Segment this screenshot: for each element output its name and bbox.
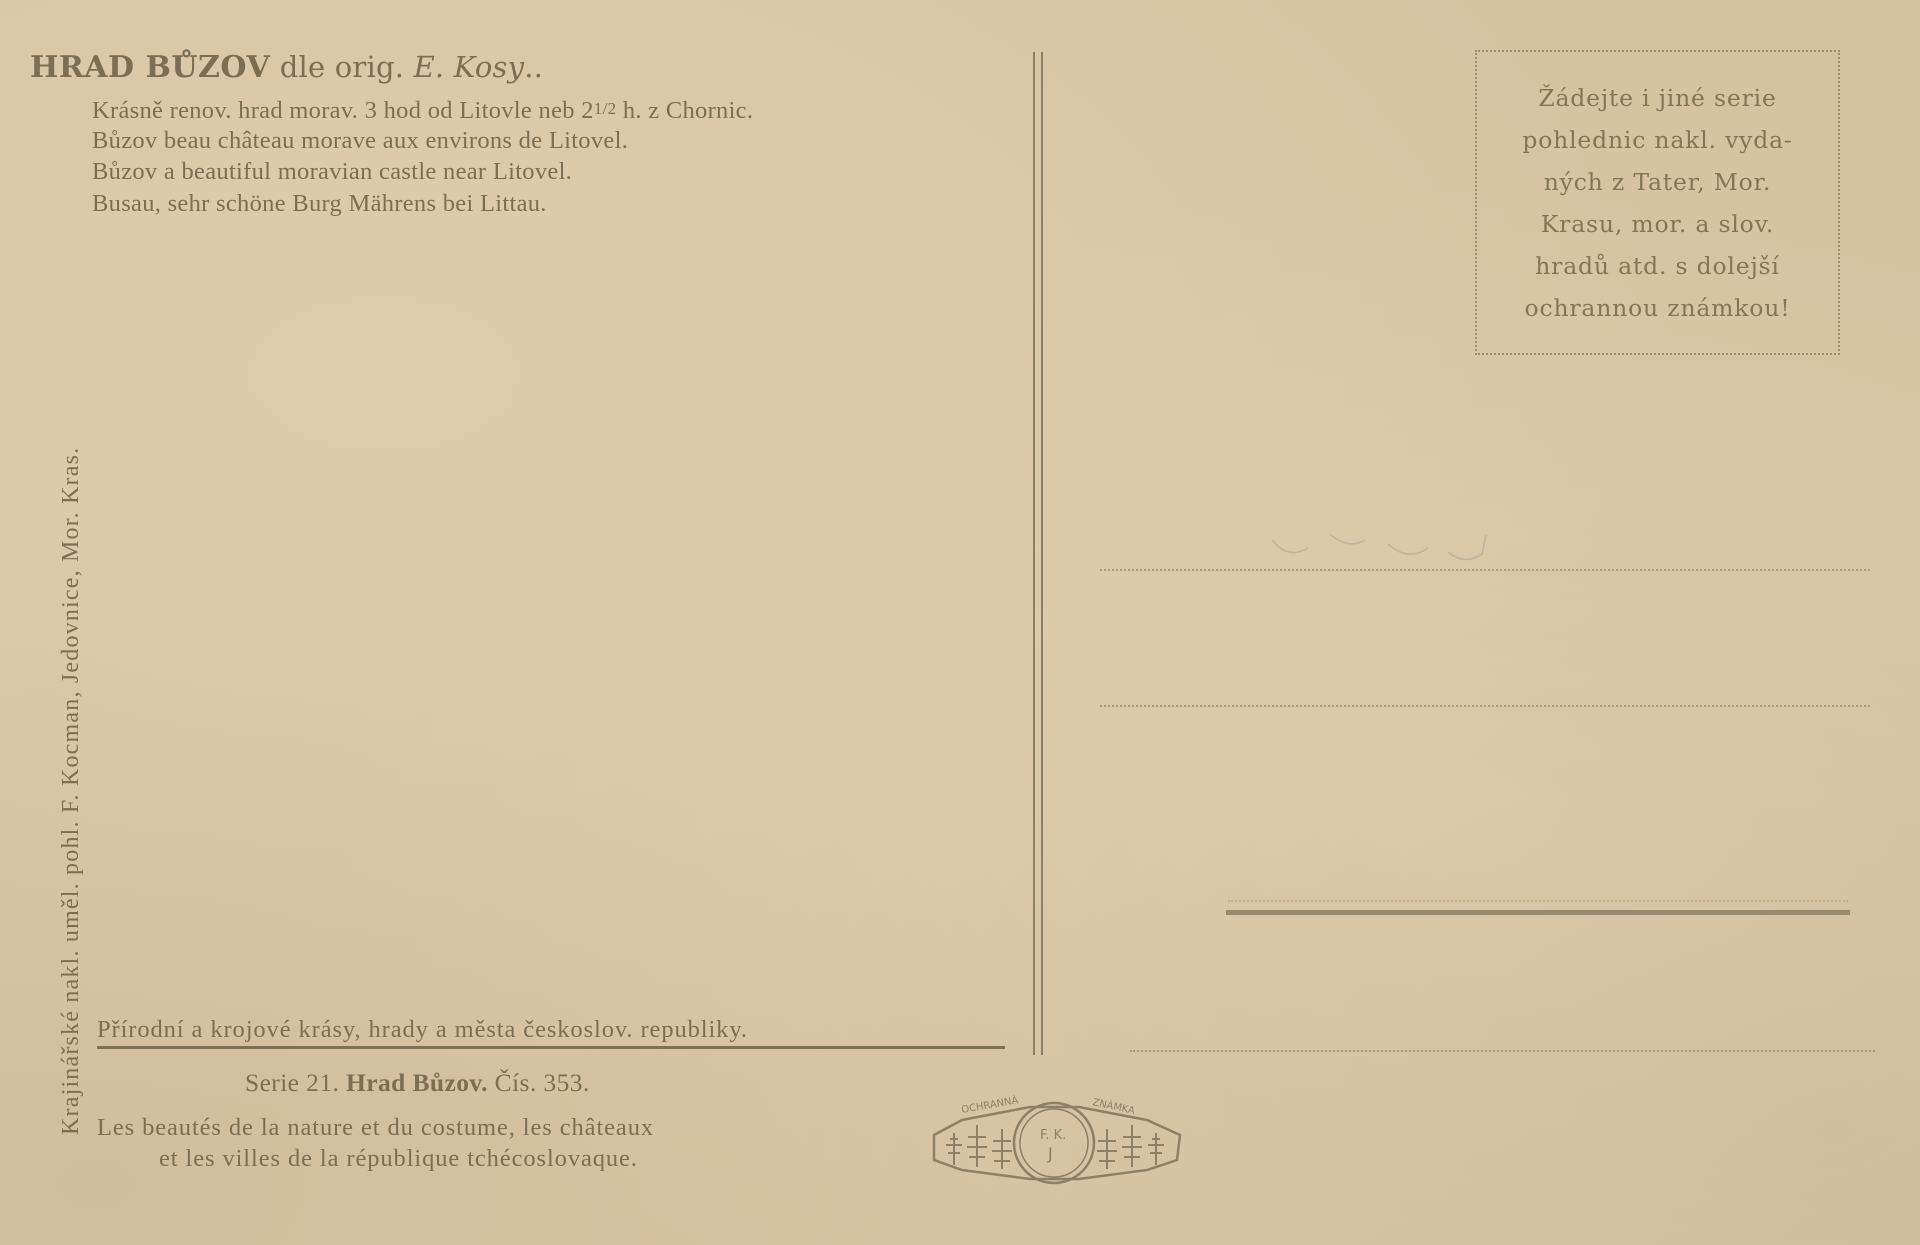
- description-czech-part2: h. z Chornic.: [616, 97, 753, 124]
- postcard-title: HRAD BŮZOV dle orig. E. Kosy..: [30, 50, 543, 85]
- stamp-box-line: pohlednic nakl. vyda-: [1522, 119, 1792, 161]
- pencil-marks: [1260, 530, 1520, 570]
- series-french-line-2: et les villes de la république tchécoslo…: [97, 1143, 654, 1174]
- monogram: F. K.: [1040, 1128, 1066, 1143]
- stamp-box-line: hradů atd. s dolejší: [1535, 245, 1779, 287]
- castle-name: HRAD BŮZOV: [30, 50, 270, 85]
- series-number-line: Serie 21. Hrad Bůzov. Čís. 353.: [245, 1068, 590, 1098]
- address-underline-bar: [1226, 910, 1850, 915]
- series-underline: [97, 1046, 1005, 1049]
- description-english: Bůzov a beautiful moravian castle near L…: [92, 156, 753, 188]
- stamp-box-line: ných z Tater, Mor.: [1544, 161, 1772, 203]
- description-czech-part1: Krásně renov. hrad morav. 3 hod od Litov…: [92, 97, 594, 124]
- center-divider-line-right: [1041, 52, 1043, 1055]
- stamp-placement-box: Žádejte i jiné serie pohlednic nakl. vyd…: [1475, 50, 1840, 355]
- publisher-imprint: Krajinářské nakl. uměl. pohl. F. Kocman,…: [58, 447, 85, 1135]
- series-heading-czech: Přírodní a krojové krásy, hrady a města …: [97, 1016, 748, 1044]
- description-czech: Krásně renov. hrad morav. 3 hod od Litov…: [92, 93, 753, 125]
- artist-name: E. Kosy: [414, 50, 525, 84]
- center-divider-line-left: [1033, 52, 1035, 1055]
- address-line-4: [1130, 1050, 1875, 1052]
- protective-trademark-stamp: F. K. J OCHRANNÁ ZNÁMKA: [922, 1095, 1187, 1185]
- series-label: Serie 21.: [245, 1068, 339, 1097]
- svg-text:OCHRANNÁ: OCHRANNÁ: [960, 1095, 1019, 1116]
- multilingual-description: Krásně renov. hrad morav. 3 hod od Litov…: [92, 93, 753, 219]
- stamp-box-line: Žádejte i jiné serie: [1538, 77, 1776, 119]
- description-german: Busau, sehr schöne Burg Mährens bei Litt…: [92, 188, 753, 220]
- address-line-2: [1100, 705, 1870, 707]
- trademark-badge-icon: F. K. J OCHRANNÁ ZNÁMKA: [922, 1095, 1187, 1185]
- series-french-line-1: Les beautés de la nature et du costume, …: [97, 1112, 654, 1143]
- address-line-1: [1100, 569, 1870, 571]
- description-french: Bůzov beau château morave aux environs d…: [92, 125, 753, 157]
- stamp-box-line: ochrannou známkou!: [1525, 287, 1791, 329]
- address-line-3: [1228, 900, 1848, 902]
- series-heading-french: Les beautés de la nature et du costume, …: [97, 1112, 654, 1174]
- svg-text:J: J: [1047, 1144, 1053, 1163]
- card-number: Čís. 353.: [495, 1068, 590, 1097]
- series-title: Hrad Bůzov.: [346, 1068, 488, 1097]
- artist-suffix: ..: [524, 50, 543, 84]
- fraction-half: 1/2: [594, 99, 617, 118]
- stamp-box-line: Krasu, mor. a slov.: [1541, 203, 1774, 245]
- after-original-label: dle orig.: [280, 50, 404, 84]
